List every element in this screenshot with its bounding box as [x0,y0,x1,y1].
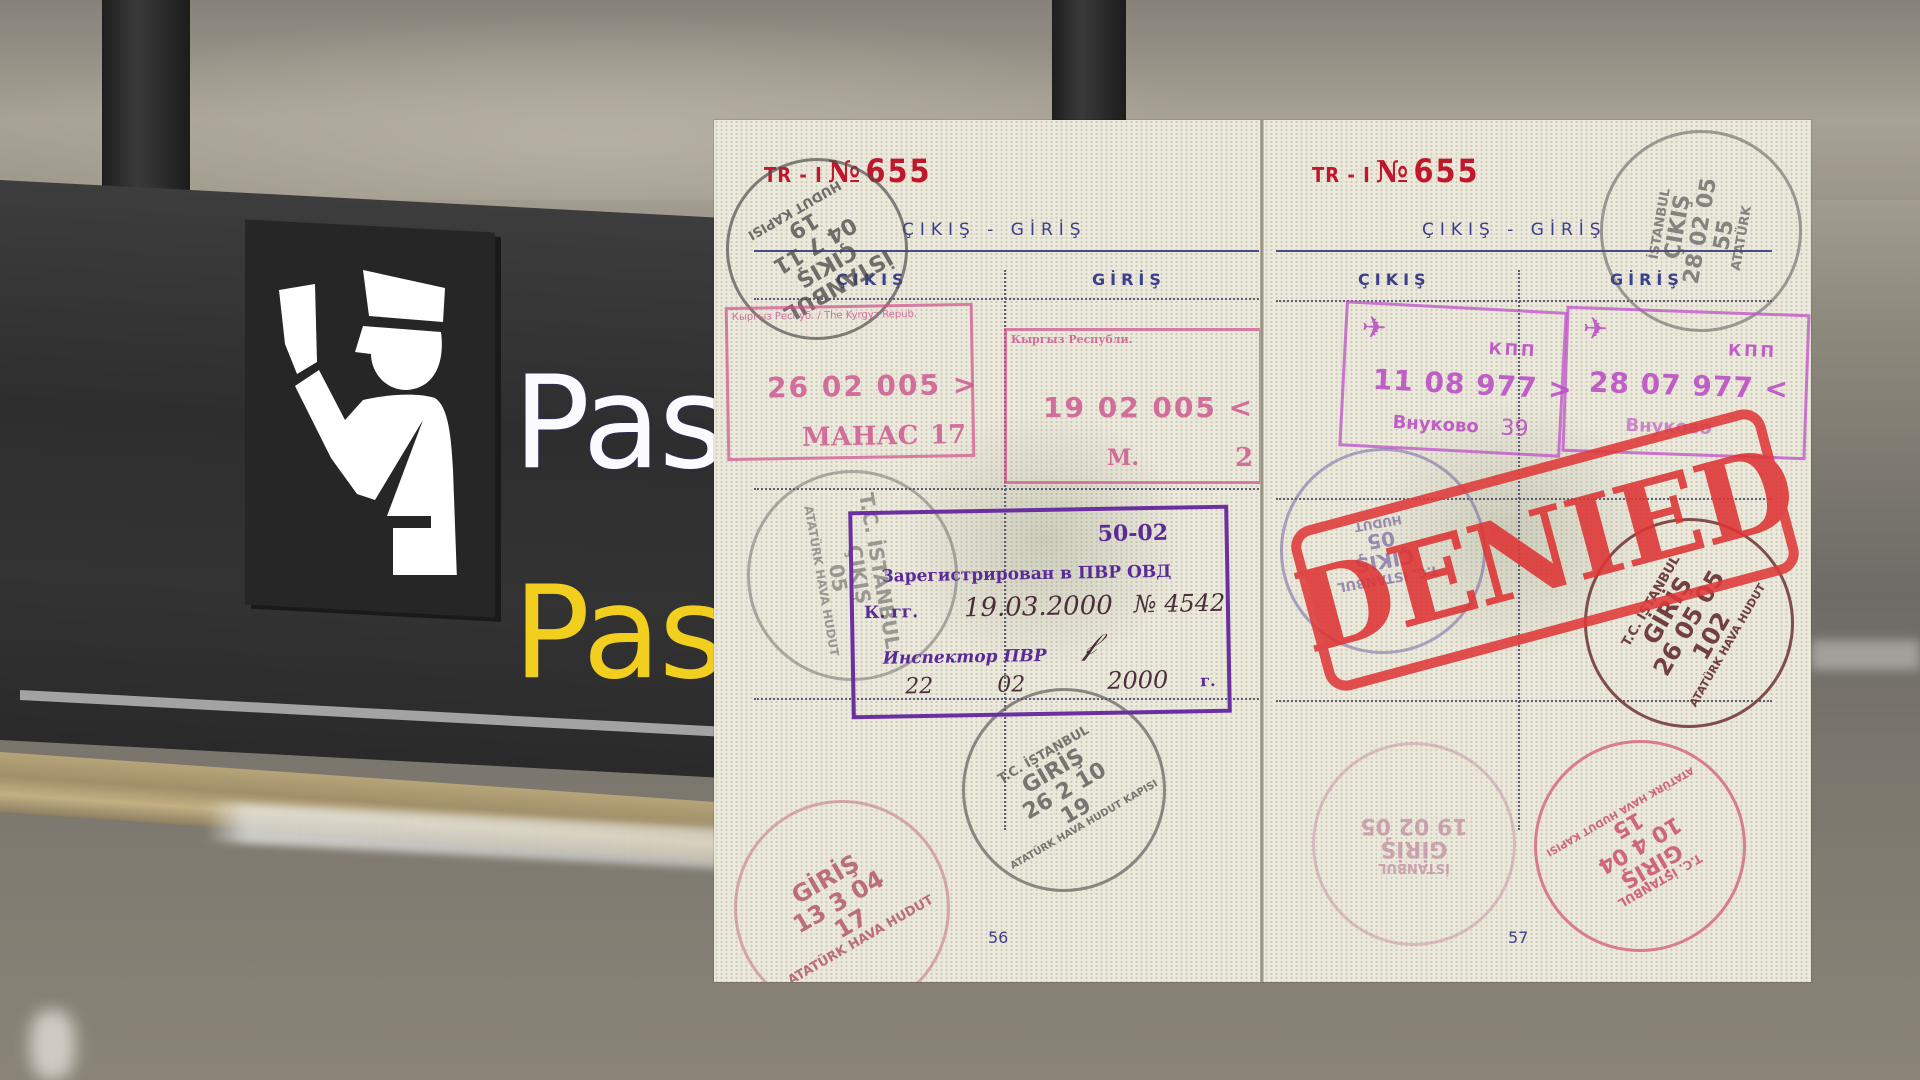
entry-stamp-red: T.C. İSTANBUL GİRİŞ 10 4 04 15 ATATÜRK H… [1495,701,1785,982]
passport-page-left: TR - I № 655 ÇIKIŞ - GİRİŞ ÇIKIŞ GİRİŞ 5… [714,120,1262,982]
column-label-entry: GİRİŞ [1092,270,1166,289]
airplane-icon: ✈ [1582,311,1608,347]
exit-stamp-manas: Кыргыз Респуб. / The Kyrgyz Repub. 26 02… [725,303,976,461]
entry-stamp-manas: Кыргыз Республи. 19 02 005 < М. 2 [1004,328,1262,484]
ceiling-light-strip [1811,640,1920,670]
entry-stamp-red: GİRİŞ 13 3 04 17 ATATÜRK HAVA HUDUT [714,760,990,982]
background-light-blur [30,1010,75,1080]
column-label-exit: ÇIKIŞ [1358,270,1431,289]
sign-text-english: Passport [513,570,723,698]
sign-support-pole [1052,0,1126,125]
page-number: 57 [1508,928,1528,947]
passport-officer-icon [275,270,460,575]
airplane-icon: ✈ [1361,310,1388,346]
sign-text-turkish: Pasaport [513,360,723,488]
document-number: TR - I № 655 [1312,152,1480,190]
entry-stamp-faint: İSTANBUL GİRİŞ 19 02 05 [1312,742,1516,946]
page-number: 56 [988,928,1008,947]
section-header: ÇIKIŞ - GİRİŞ [902,220,1087,240]
sign-support-pole [102,0,190,200]
inspector-signature: 𝒻 [1082,627,1096,662]
exit-stamp-vnukovo: ✈ КПП 11 08 977 > Внуково 39 [1338,300,1567,457]
registration-stamp: 50-02 Зарегистрирован в ПВР ОВД К. гг. 1… [848,505,1232,720]
passport-spine [1260,120,1264,982]
section-header: ÇIKIŞ - GİRİŞ [1422,220,1607,240]
